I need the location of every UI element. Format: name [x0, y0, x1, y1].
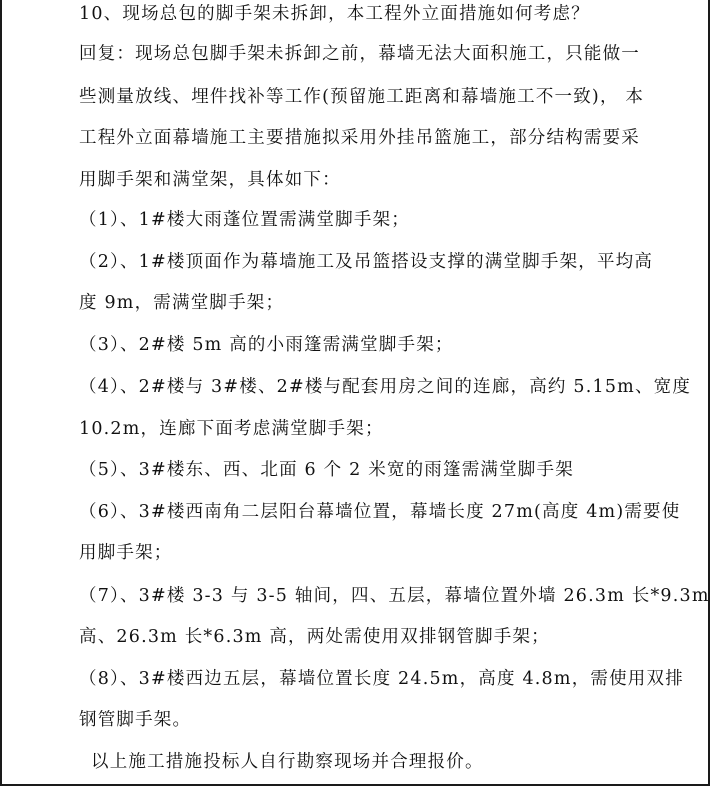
- list-item-8-continued: 钢管脚手架。: [79, 699, 191, 741]
- list-item-1: （1）、1#楼大雨蓬位置需满堂脚手架；: [79, 199, 410, 241]
- list-item-3: （3）、2#楼 5m 高的小雨篷需满堂脚手架；: [79, 324, 454, 366]
- list-item-2-continued: 度 9m，需满堂脚手架；: [79, 282, 284, 324]
- list-item-8: （8）、3#楼西边五层，幕墙位置长度 24.5m，高度 4.8m，需使用双排: [79, 658, 684, 700]
- list-item-5: （5）、3#楼东、西、北面 6 个 2 米宽的雨篷需满堂脚手架: [79, 449, 574, 491]
- list-item-7-continued: 高、26.3m 长*6.3m 高，两处需使用双排钢管脚手架；: [79, 616, 550, 658]
- reply-line: 回复：现场总包脚手架未拆卸之前，幕墙无法大面积施工，只能做一: [79, 33, 640, 75]
- document-page: 10、现场总包的脚手架未拆卸，本工程外立面措施如何考虑？ 回复：现场总包脚手架未…: [0, 0, 710, 786]
- question-heading: 10、现场总包的脚手架未拆卸，本工程外立面措施如何考虑？: [79, 0, 590, 35]
- list-item-4: （4）、2#楼与 3#楼、2#楼与配套用房之间的连廊，高约 5.15m、宽度: [79, 366, 691, 408]
- reply-line: 工程外立面幕墙施工主要措施拟采用外挂吊篮施工，部分结构需要采: [79, 117, 640, 159]
- list-item-7: （7）、3#楼 3-3 与 3-5 轴间，四、五层，幕墙位置外墙 26.3m 长…: [79, 575, 710, 617]
- reply-line: 用脚手架和满堂架，具体如下：: [79, 159, 341, 201]
- list-item-6: （6）、3#楼西南角二层阳台幕墙位置，幕墙长度 27m(高度 4m)需要使: [79, 491, 680, 533]
- reply-line: 些测量放线、埋件找补等工作(预留施工距离和幕墙施工不一致)， 本: [79, 76, 644, 118]
- list-item-4-continued: 10.2m，连廊下面考虑满堂脚手架；: [79, 408, 384, 450]
- closing-statement: 以上施工措施投标人自行勘察现场并合理报价。: [91, 741, 484, 783]
- list-item-2: （2）、1#楼顶面作为幕墙施工及吊篮搭设支撑的满堂脚手架，平均高: [79, 241, 653, 283]
- list-item-6-continued: 用脚手架；: [79, 532, 173, 574]
